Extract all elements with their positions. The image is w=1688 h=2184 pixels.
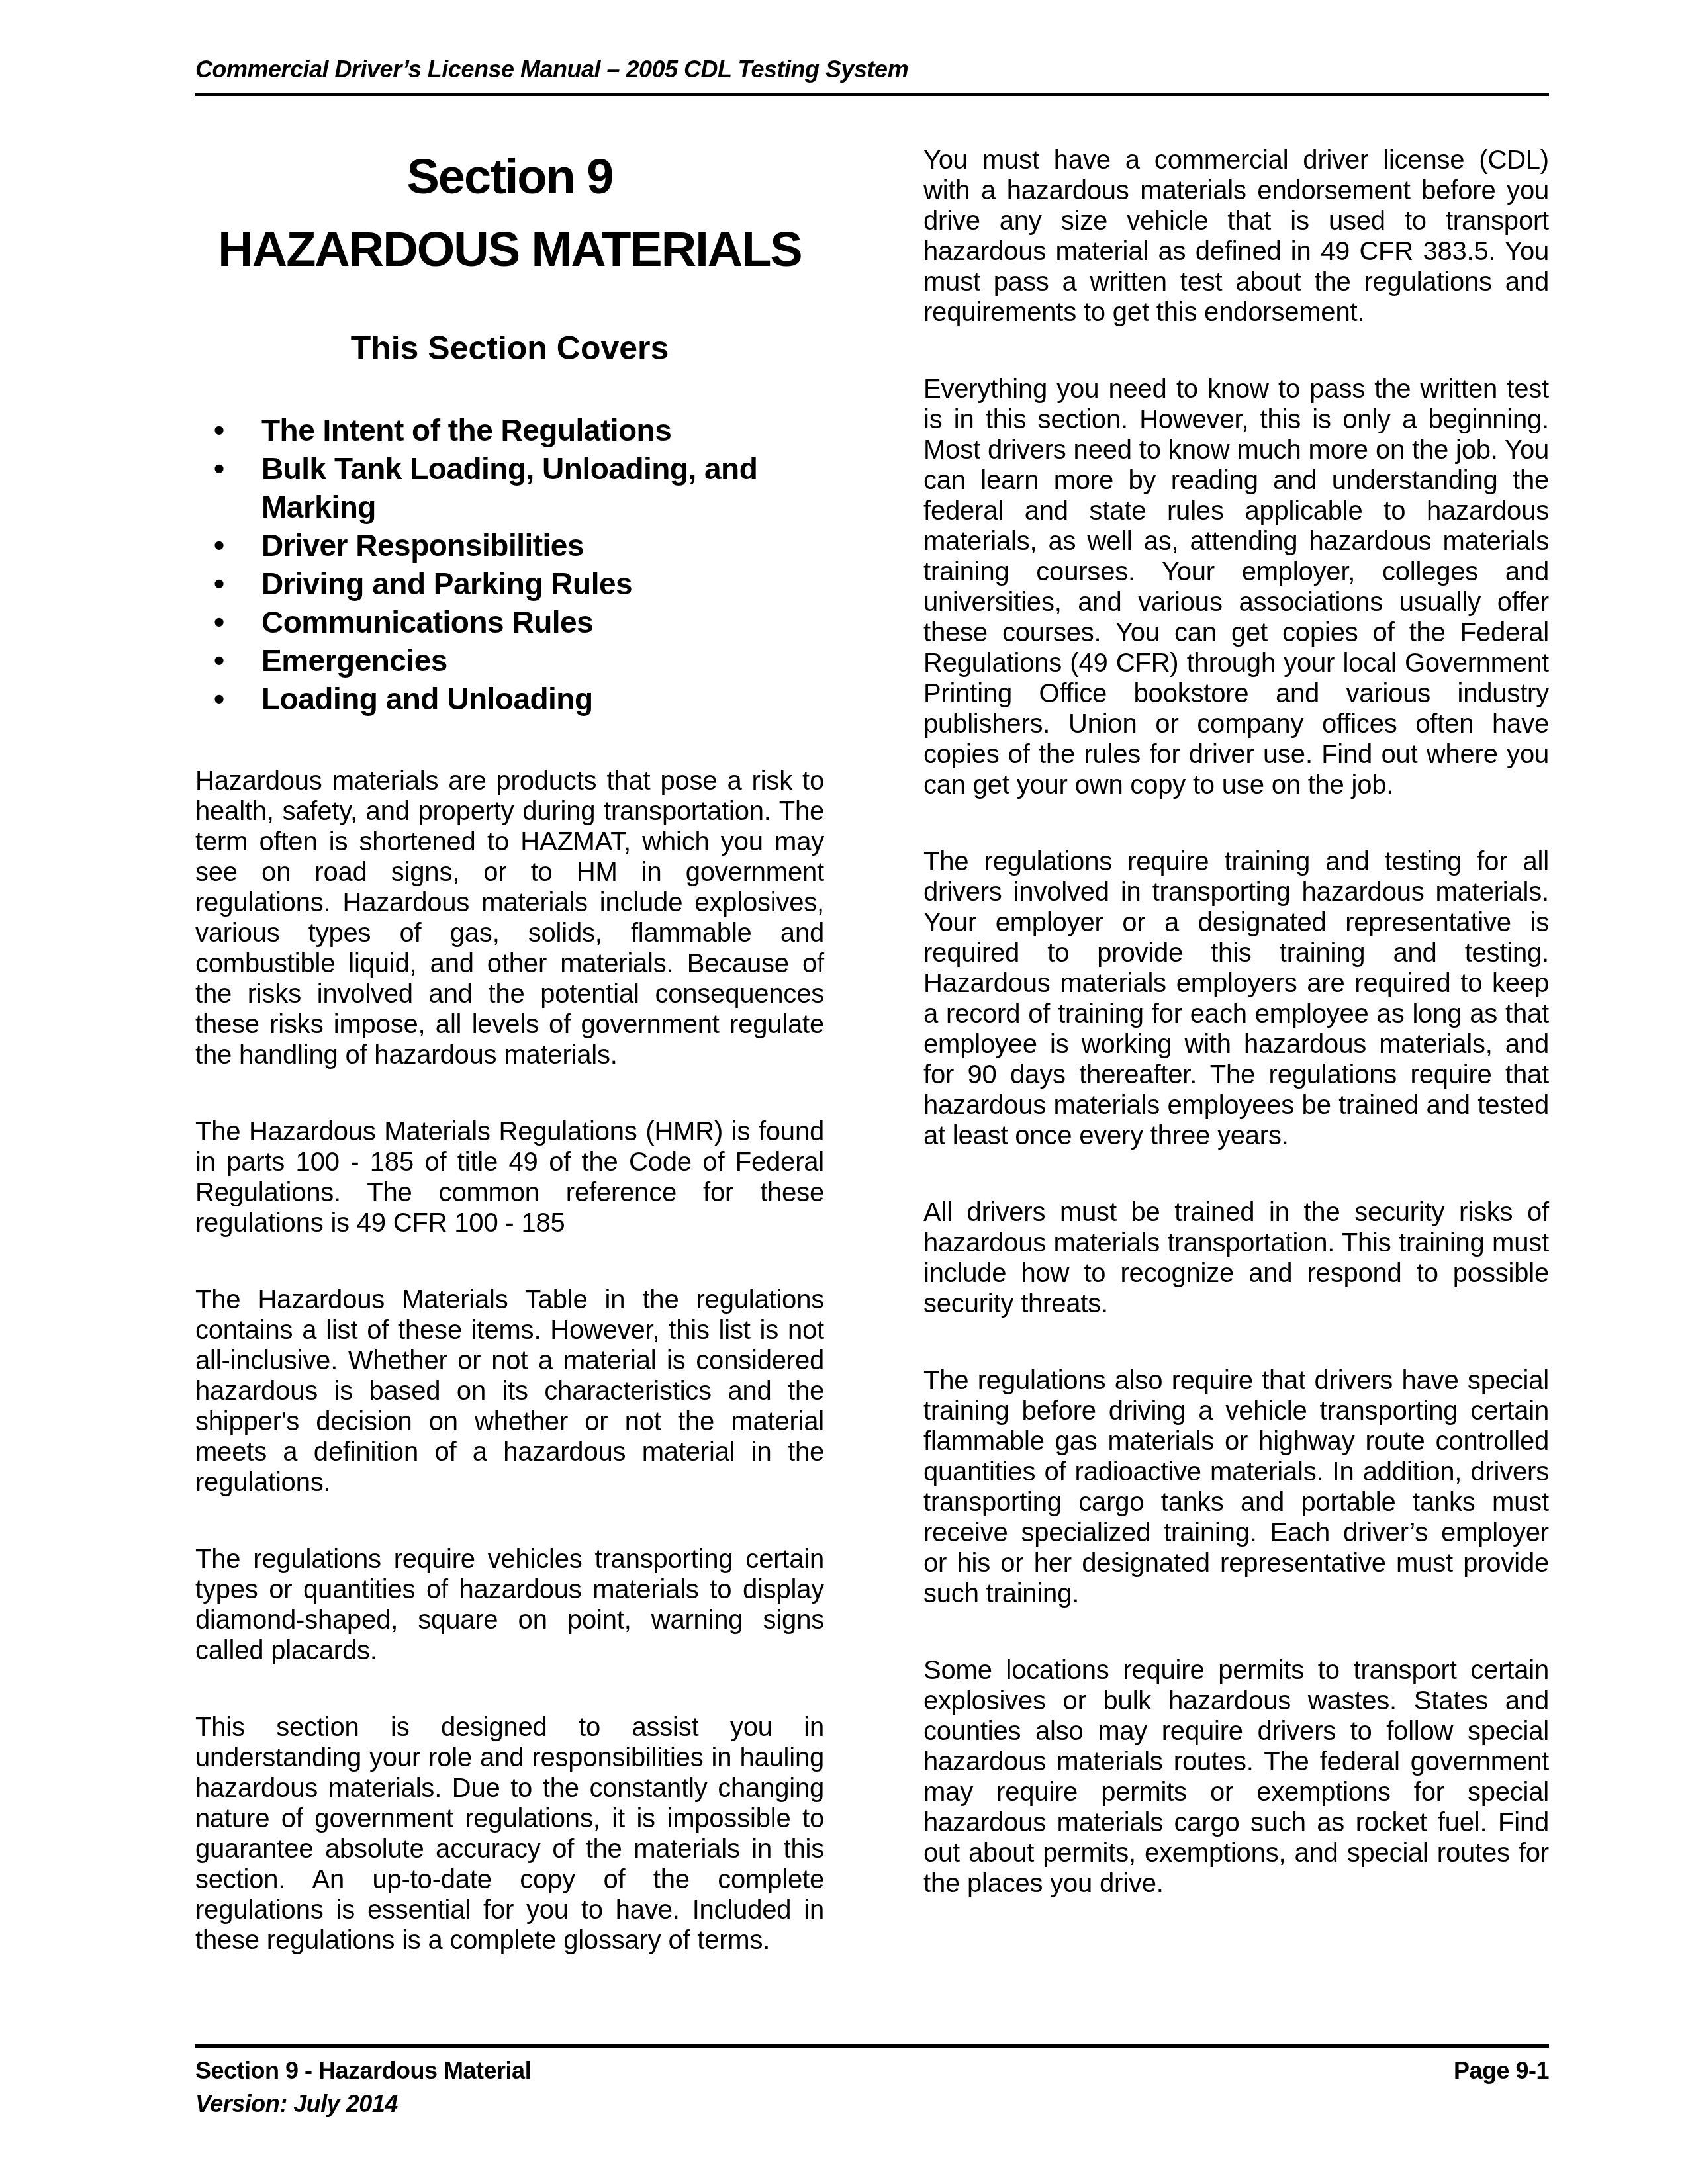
paragraph: The Hazardous Materials Table in the reg… [195, 1285, 824, 1498]
paragraph: Everything you need to know to pass the … [923, 374, 1549, 800]
list-item: Driving and Parking Rules [195, 565, 824, 603]
paragraph: Some locations require permits to transp… [923, 1655, 1549, 1899]
document-page: Commercial Driver’s License Manual – 200… [0, 0, 1688, 2184]
covers-heading: This Section Covers [195, 329, 824, 367]
paragraph: You must have a commercial driver licens… [923, 145, 1549, 328]
section-name-title: HAZARDOUS MATERIALS [195, 218, 824, 281]
two-column-body: Section 9 HAZARDOUS MATERIALS This Secti… [195, 136, 1549, 1956]
list-item: Driver Responsibilities [195, 526, 824, 565]
list-item: The Intent of the Regulations [195, 411, 824, 449]
header-divider [195, 93, 1549, 96]
list-item: Loading and Unloading [195, 680, 824, 718]
paragraph: This section is designed to assist you i… [195, 1712, 824, 1956]
header-title: Commercial Driver’s License Manual – 200… [195, 56, 1549, 93]
paragraph: Hazardous materials are products that po… [195, 766, 824, 1070]
page-header: Commercial Driver’s License Manual – 200… [195, 56, 1549, 96]
paragraph: The Hazardous Materials Regulations (HMR… [195, 1116, 824, 1238]
footer-left: Section 9 - Hazardous Material Version: … [195, 2057, 531, 2118]
paragraph: The regulations require training and tes… [923, 846, 1549, 1151]
section-number-title: Section 9 [195, 145, 824, 208]
left-column: Section 9 HAZARDOUS MATERIALS This Secti… [195, 136, 824, 1956]
paragraph: All drivers must be trained in the secur… [923, 1197, 1549, 1319]
list-item: Bulk Tank Loading, Unloading, and Markin… [195, 449, 824, 526]
paragraph: The regulations require vehicles transpo… [195, 1544, 824, 1666]
list-item: Communications Rules [195, 603, 824, 641]
covers-list: The Intent of the Regulations Bulk Tank … [195, 411, 824, 718]
footer-version: Version: July 2014 [195, 2090, 531, 2118]
page-footer: Section 9 - Hazardous Material Version: … [195, 2044, 1549, 2118]
footer-page-number: Page 9-1 [1454, 2057, 1549, 2085]
footer-section-label: Section 9 - Hazardous Material [195, 2057, 531, 2085]
right-column: You must have a commercial driver licens… [923, 136, 1549, 1956]
paragraph: The regulations also require that driver… [923, 1365, 1549, 1609]
list-item: Emergencies [195, 641, 824, 680]
